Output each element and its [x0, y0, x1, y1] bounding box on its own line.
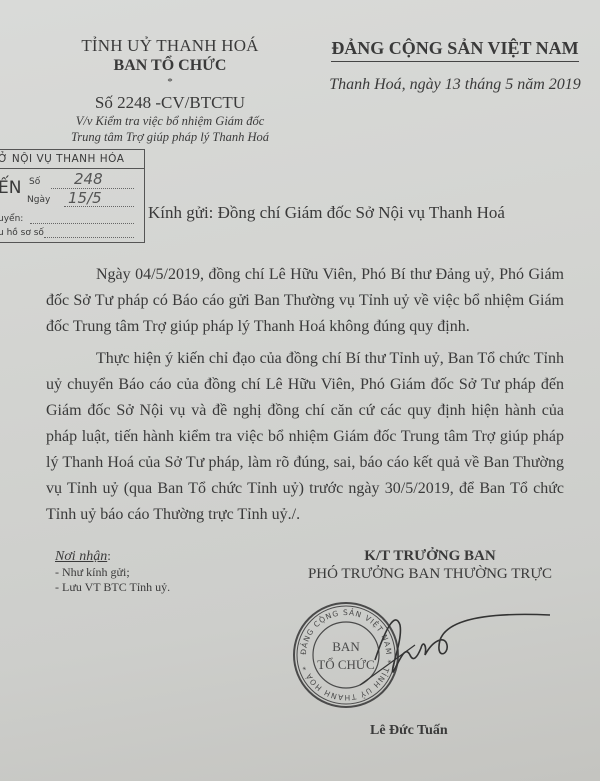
issuing-body-block: TỈNH UỶ THANH HOÁ BAN TỔ CHỨC * Số 2248 … [50, 36, 290, 145]
stamp-chuyen-dots [30, 223, 134, 224]
department-name: BAN TỔ CHỨC [50, 57, 290, 75]
party-header-block: ĐẢNG CỘNG SẢN VIỆT NAM Thanh Hoá, ngày 1… [310, 38, 600, 94]
recipients-list-title: Nơi nhận [55, 549, 107, 564]
stamp-ngay-value: 15/5 [68, 189, 102, 207]
stamp-chuyen-label: uyển: [0, 214, 23, 224]
subject-line-2: Trung tâm Trợ giúp pháp lý Thanh Hoá [50, 129, 290, 145]
stamp-title: Ở NỘI VỤ THANH HÓA [0, 150, 144, 169]
subject-line-1: V/v Kiểm tra việc bổ nhiệm Giám đốc [50, 113, 290, 129]
stamp-so-label: Số [29, 177, 40, 187]
province-committee-name: TỈNH UỶ THANH HOÁ [50, 36, 290, 56]
recipients-list-item: - Lưu VT BTC Tỉnh uỷ. [55, 580, 170, 595]
recipients-list-item: - Như kính gửi; [55, 565, 170, 580]
stamp-luu-dots [44, 237, 134, 238]
stamp-luu-label: u hồ sơ số [0, 228, 44, 238]
stamp-den-label: ẾN [0, 178, 21, 198]
stamp-ngay-label: Ngày [27, 195, 50, 205]
recipient-line: Kính gửi: Đồng chí Giám đốc Sở Nội vụ Th… [148, 203, 505, 223]
signer-title: PHÓ TRƯỞNG BAN THƯỜNG TRỰC [290, 566, 570, 583]
signature-block: K/T TRƯỞNG BAN PHÓ TRƯỞNG BAN THƯỜNG TRỰ… [290, 548, 570, 583]
handwritten-signature [355, 600, 555, 690]
party-name: ĐẢNG CỘNG SẢN VIỆT NAM [331, 38, 578, 62]
signer-name: Lê Đức Tuấn [370, 723, 448, 739]
body-paragraph-2: Thực hiện ý kiến chỉ đạo của đồng chí Bí… [46, 346, 564, 528]
place-date-line: Thanh Hoá, ngày 13 tháng 5 năm 2019 [310, 76, 600, 94]
body-paragraph-1: Ngày 04/5/2019, đồng chí Lê Hữu Viên, Ph… [46, 262, 564, 340]
star-separator: * [50, 77, 290, 87]
stamp-so-value: 248 [74, 170, 103, 188]
received-stamp: Ở NỘI VỤ THANH HÓA ẾN Số 248 Ngày 15/5 u… [0, 149, 145, 243]
recipients-list: Nơi nhận: - Như kính gửi; - Lưu VT BTC T… [55, 548, 170, 595]
document-number: Số 2248 -CV/BTCTU [50, 93, 290, 113]
signer-authority: K/T TRƯỞNG BAN [290, 548, 570, 565]
